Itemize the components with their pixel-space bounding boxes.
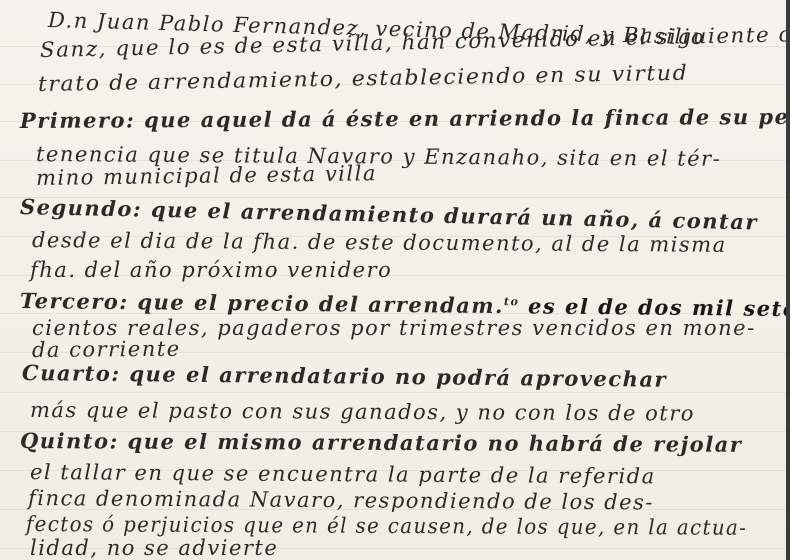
manuscript-page: D.n Juan Pablo Fernandez, vecino de Madr… [0, 0, 790, 560]
manuscript-line: lidad, no se advierte [30, 536, 278, 560]
manuscript-line: finca denominada Navaro, respondiendo de… [28, 486, 654, 514]
section-quinto: Quinto: que el mismo arrendatario no hab… [20, 428, 743, 457]
ruled-line [0, 392, 786, 393]
section-primero: Primero: que aquel da á éste en arriendo… [20, 104, 790, 133]
abbreviation-superscript: to [504, 295, 520, 308]
manuscript-line: mino municipal de esta villa [36, 161, 377, 190]
manuscript-line: trato de arrendamiento, estableciendo en… [38, 61, 689, 96]
tercero-text: Tercero: que el precio del arrendam. [20, 288, 504, 318]
manuscript-line: desde el dia de la fha. de este document… [32, 228, 727, 257]
manuscript-line: da corriente [32, 337, 181, 362]
manuscript-line: fha. del año próximo venidero [30, 258, 392, 282]
section-cuarto: Cuarto: que el arrendatario no podrá apr… [22, 360, 667, 392]
scan-edge [786, 0, 790, 560]
manuscript-line: el tallar en que se encuentra la parte d… [30, 460, 656, 488]
manuscript-line: más que el pasto con sus ganados, y no c… [30, 398, 695, 425]
